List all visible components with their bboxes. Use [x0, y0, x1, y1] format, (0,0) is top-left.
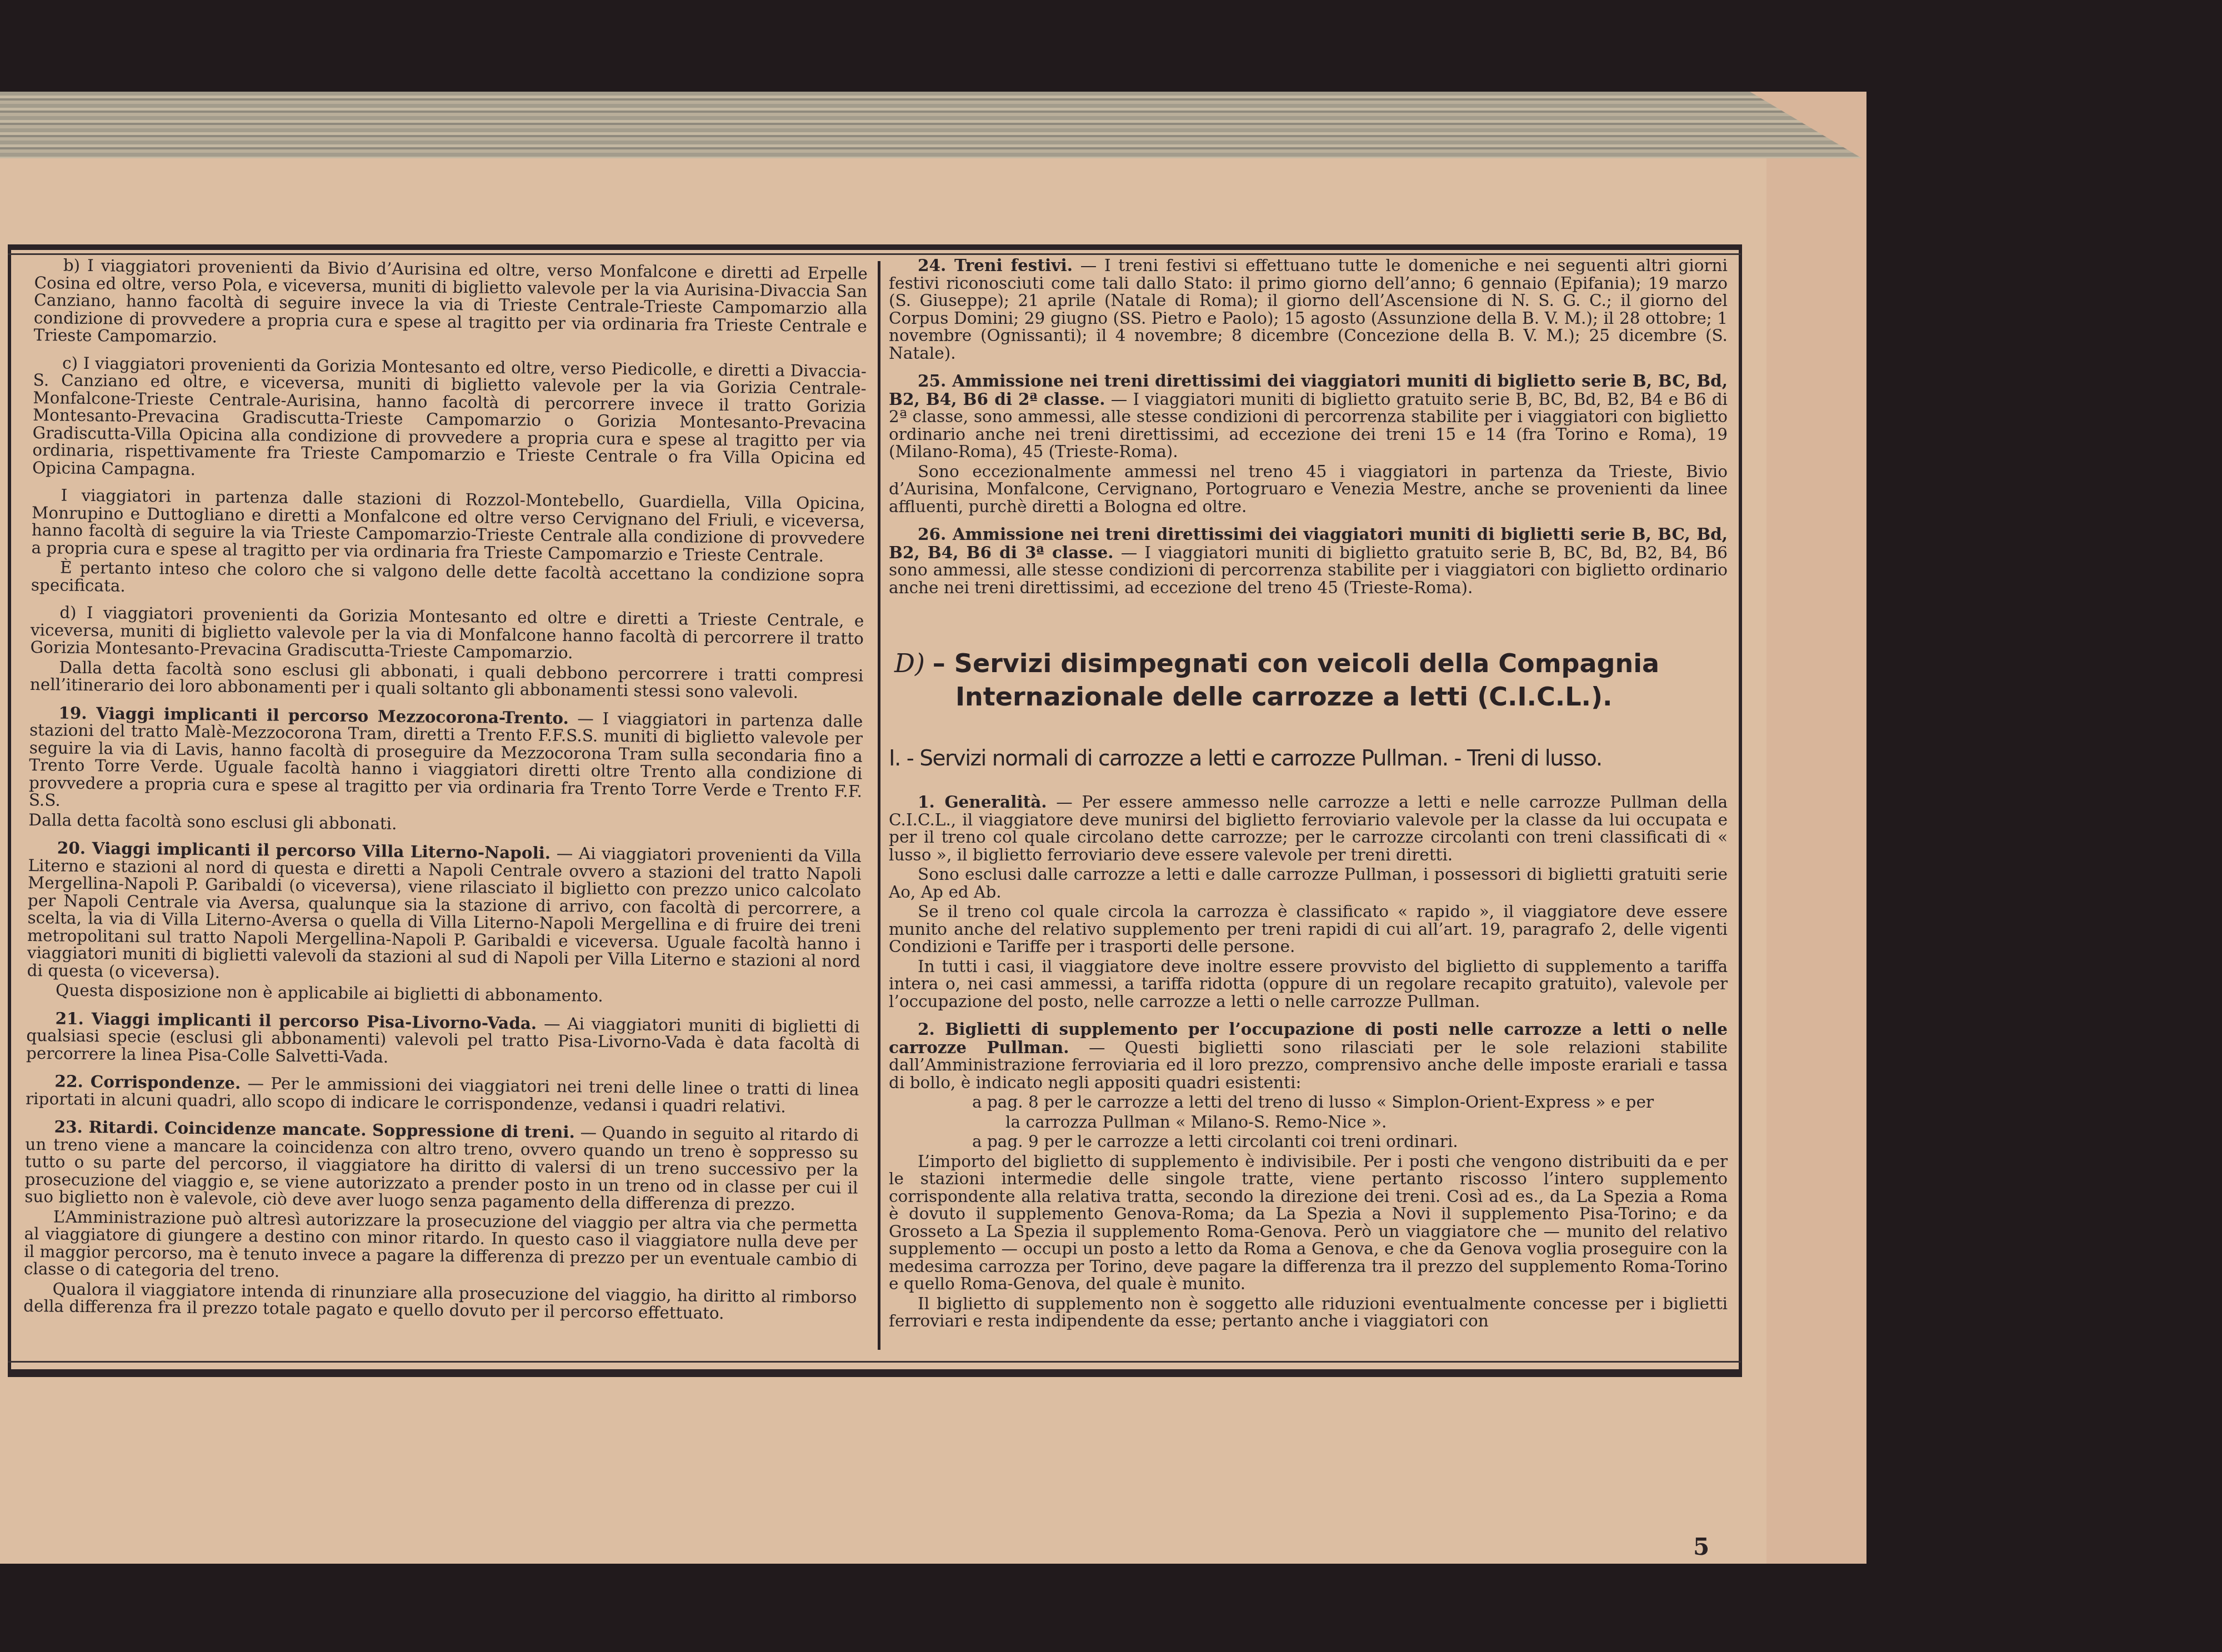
- article-23-refund: Qualora il viaggiatore intenda di rinunz…: [23, 1280, 857, 1324]
- article-24: 24. Treni festivi. — I treni festivi si …: [889, 257, 1728, 362]
- frame-rule-bottom: [8, 1361, 1741, 1363]
- cicl-article-2-indivisible: L’importo del biglietto di supplemento è…: [889, 1153, 1728, 1293]
- paragraph-d: d) I viaggiatori provenienti da Gorizia …: [30, 604, 864, 665]
- column-divider: [878, 261, 880, 1350]
- paragraph-b: b) I viaggiatori provenienti da Bivio d’…: [33, 257, 868, 353]
- section-letter: D): [894, 648, 925, 678]
- article-25-exception: Sono eccezionalmente ammessi nel treno 4…: [889, 463, 1728, 516]
- article-23: 23. Ritardi. Coincidenze mancate. Soppre…: [24, 1118, 859, 1214]
- article-23-alternative-route: L’Amministrazione può altresì autorizzar…: [24, 1208, 858, 1286]
- article-24-heading: 24. Treni festivi.: [918, 256, 1073, 275]
- left-column: b) I viaggiatori provenienti da Bivio d’…: [23, 257, 868, 1334]
- article-22: 22. Corrispondenze. — Per le ammissioni …: [26, 1072, 859, 1117]
- section-d-title: D)– Servizi disimpegnati con veicoli del…: [889, 647, 1728, 713]
- cicl-list-page-9: a pag. 9 per le carrozze a letti circola…: [972, 1133, 1728, 1151]
- article-25: 25. Ammissione nei treni direttissimi de…: [889, 372, 1728, 461]
- article-20-text: — Ai viaggiatori provenienti da Villa Li…: [27, 844, 862, 982]
- cicl-article-1-heading: 1. Generalità.: [918, 792, 1047, 812]
- cicl-article-1: 1. Generalità. — Per essere ammesso nell…: [889, 793, 1728, 864]
- page-edges: [0, 92, 1862, 158]
- cicl-article-1-exclusions: Sono esclusi dalle carrozze a letti e da…: [889, 866, 1728, 901]
- paragraph-c-condition: È pertanto inteso che coloro che si valg…: [31, 559, 865, 603]
- cicl-list-page-8: a pag. 8 per le carrozze a letti del tre…: [972, 1094, 1728, 1112]
- cicl-article-2-reductions: Il biglietto di supplemento non è sogget…: [889, 1295, 1728, 1330]
- frame-rule-top: [8, 253, 1741, 255]
- cicl-list-page-8-cont: la carrozza Pullman « Milano-S. Remo-Nic…: [1005, 1114, 1728, 1132]
- paragraph-d-abbonati: Dalla detta facoltà sono esclusi gli abb…: [30, 658, 864, 702]
- article-19: 19. Viaggi implicanti il percorso Mezzoc…: [29, 703, 863, 818]
- section-subtitle: I. - Servizi normali di carrozze a letti…: [889, 747, 1728, 771]
- article-21: 21. Viaggi implicanti il percorso Pisa-L…: [26, 1009, 860, 1070]
- cicl-article-1-rapido: Se il treno col quale circola la carrozz…: [889, 903, 1728, 956]
- article-26: 26. Ammissione nei treni direttissimi de…: [889, 525, 1728, 597]
- paragraph-c-stations: I viaggiatori in partenza dalle stazioni…: [31, 487, 865, 565]
- section-title-text: – Servizi disimpegnati con veicoli della…: [933, 648, 1659, 712]
- article-20: 20. Viaggi implicanti il percorso Villa …: [27, 839, 862, 988]
- cicl-article-2: 2. Biglietti di supplemento per l’occupa…: [889, 1020, 1728, 1092]
- cicl-article-1-supplement: In tutti i casi, il viaggiatore deve ino…: [889, 958, 1728, 1011]
- right-column: 24. Treni festivi. — I treni festivi si …: [889, 257, 1728, 1333]
- page-number: 5: [1693, 1533, 1709, 1560]
- paragraph-c: c) I viaggiatori provenienti da Gorizia …: [32, 354, 867, 485]
